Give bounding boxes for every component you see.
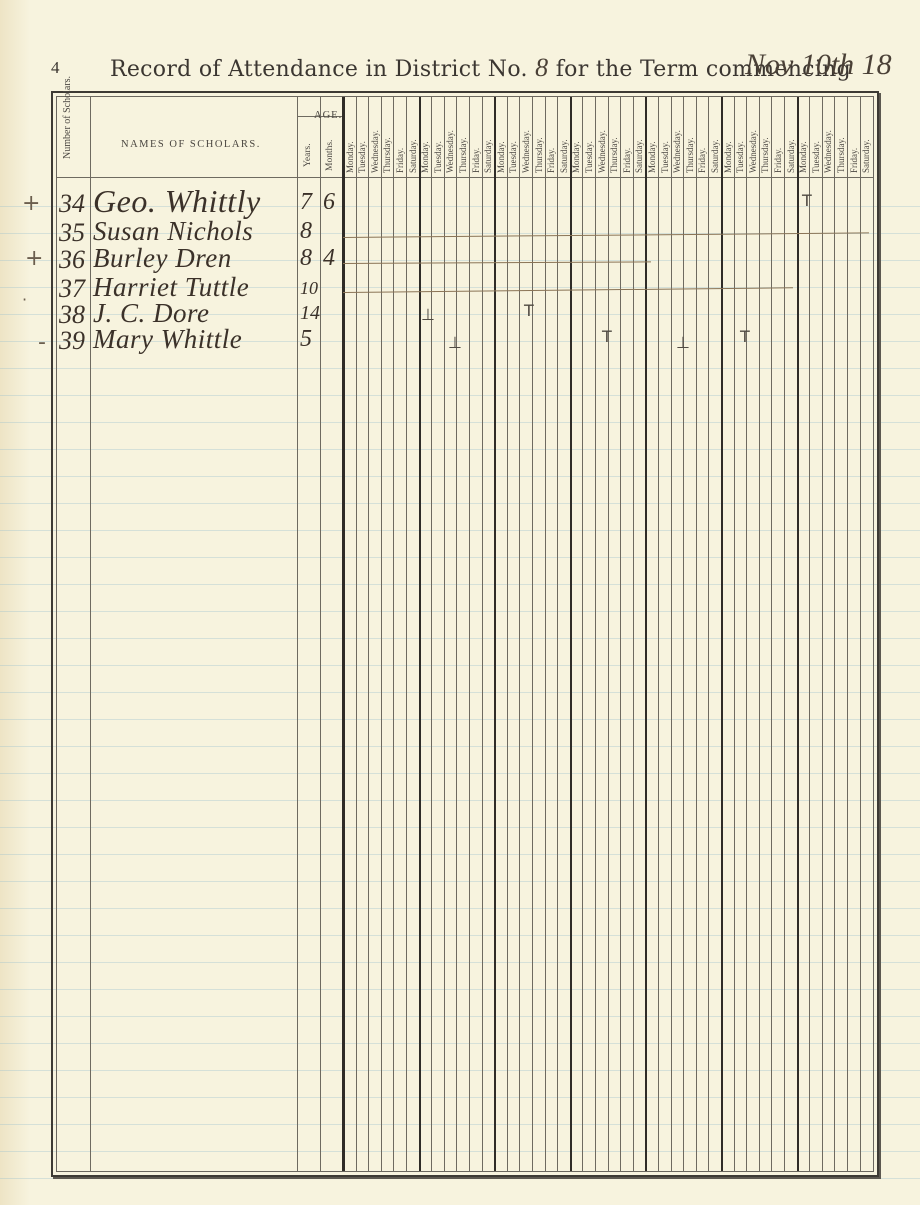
scholar-name: Geo. Whittly	[93, 183, 261, 220]
tally-mark: T	[602, 327, 612, 346]
day-header-thursday: Thursday.	[458, 137, 468, 173]
day-column-divider	[822, 97, 823, 1171]
tally-mark: ⊥	[448, 333, 462, 352]
day-header-saturday: Saturday.	[483, 139, 493, 173]
day-column-divider	[532, 97, 533, 1171]
day-column-divider	[456, 97, 457, 1171]
tally-mark: T	[524, 301, 534, 320]
age-years: 5	[300, 326, 312, 353]
tally-mark: T	[802, 191, 812, 210]
day-column-divider	[797, 97, 799, 1171]
day-header-thursday: Thursday.	[534, 137, 544, 173]
day-column-divider	[645, 97, 647, 1171]
months-header: Months.	[325, 140, 335, 171]
day-column-divider	[734, 97, 735, 1171]
scholar-number: 36	[59, 245, 85, 275]
day-header-tuesday: Tuesday.	[508, 141, 518, 173]
day-column-divider	[633, 97, 634, 1171]
day-header-friday: Friday.	[546, 148, 556, 173]
day-column-divider	[746, 97, 747, 1171]
day-column-divider	[444, 97, 445, 1171]
day-header-saturday: Saturday.	[786, 139, 796, 173]
day-header-monday: Monday.	[647, 141, 657, 173]
day-header-thursday: Thursday.	[836, 137, 846, 173]
day-column-divider	[771, 97, 772, 1171]
day-header-wednesday: Wednesday.	[823, 130, 833, 173]
district-number: 8	[535, 53, 548, 82]
day-header-tuesday: Tuesday.	[735, 141, 745, 173]
day-header-tuesday: Tuesday.	[433, 141, 443, 173]
margin-mark-36: +	[25, 246, 43, 271]
header-rule	[57, 177, 873, 178]
age-header: AGE.	[314, 110, 342, 121]
day-header-wednesday: Wednesday.	[748, 130, 758, 173]
day-column-divider	[721, 97, 723, 1171]
day-column-divider	[658, 97, 659, 1171]
tally-mark: ⊥	[421, 305, 435, 324]
day-column-divider	[671, 97, 672, 1171]
day-column-divider	[343, 97, 345, 1171]
day-column-divider	[482, 97, 483, 1171]
day-column-divider	[595, 97, 596, 1171]
page-title: Record of Attendance in District No. 8 f…	[110, 53, 851, 83]
names-header: NAMES OF SCHOLARS.	[121, 139, 261, 150]
day-header-saturday: Saturday.	[634, 139, 644, 173]
scholar-name: Burley Dren	[93, 243, 232, 274]
day-header-monday: Monday.	[571, 141, 581, 173]
years-header: Years.	[303, 143, 313, 167]
day-column-divider	[393, 97, 394, 1171]
day-column-divider	[834, 97, 835, 1171]
day-header-tuesday: Tuesday.	[584, 141, 594, 173]
day-column-divider	[557, 97, 558, 1171]
day-header-wednesday: Wednesday.	[597, 130, 607, 173]
day-header-saturday: Saturday.	[408, 139, 418, 173]
day-header-thursday: Thursday.	[382, 137, 392, 173]
term-date: Nov 10th 18	[745, 48, 892, 82]
scholar-number: 39	[59, 326, 85, 356]
attendance-table: Number of Scholars. NAMES OF SCHOLARS. A…	[51, 91, 879, 1177]
day-header-tuesday: Tuesday.	[660, 141, 670, 173]
day-column-divider	[708, 97, 709, 1171]
number-header: Number of Scholars.	[62, 76, 73, 159]
day-column-divider	[759, 97, 760, 1171]
day-column-divider	[419, 97, 421, 1171]
day-header-monday: Monday.	[345, 141, 355, 173]
day-column-divider	[431, 97, 432, 1171]
day-column-divider	[683, 97, 684, 1171]
day-column-divider	[356, 97, 357, 1171]
col-divider	[297, 97, 298, 1171]
day-column-divider	[519, 97, 520, 1171]
tally-mark: ⊥	[676, 333, 690, 352]
day-header-tuesday: Tuesday.	[811, 141, 821, 173]
day-header-friday: Friday.	[773, 148, 783, 173]
day-header-friday: Friday.	[697, 148, 707, 173]
page-header: 4 Record of Attendance in District No. 8…	[0, 50, 920, 90]
age-years: 14	[300, 302, 320, 325]
strike-line-37	[343, 287, 793, 293]
day-column-divider	[860, 97, 861, 1171]
day-header-wednesday: Wednesday.	[370, 130, 380, 173]
age-years: 8	[300, 245, 312, 272]
day-header-tuesday: Tuesday.	[357, 141, 367, 173]
day-header-thursday: Thursday.	[609, 137, 619, 173]
day-column-divider	[381, 97, 382, 1171]
day-header-saturday: Saturday.	[559, 139, 569, 173]
day-header-friday: Friday.	[622, 148, 632, 173]
day-header-wednesday: Wednesday.	[521, 130, 531, 173]
day-header-friday: Friday.	[471, 148, 481, 173]
day-header-wednesday: Wednesday.	[672, 130, 682, 173]
day-header-monday: Monday.	[723, 141, 733, 173]
day-column-divider	[507, 97, 508, 1171]
age-months: 6	[323, 189, 335, 216]
scholar-number: 35	[59, 218, 85, 248]
day-column-divider	[784, 97, 785, 1171]
day-header-monday: Monday.	[798, 141, 808, 173]
day-column-divider	[494, 97, 496, 1171]
age-years: 8	[300, 218, 312, 245]
day-column-divider	[847, 97, 848, 1171]
margin-mark-34: +	[22, 191, 40, 216]
day-header-friday: Friday.	[849, 148, 859, 173]
strike-line-36	[343, 261, 651, 264]
page-number: 4	[51, 58, 60, 78]
day-column-divider	[608, 97, 609, 1171]
day-header-saturday: Saturday.	[861, 139, 871, 173]
day-header-monday: Monday.	[496, 141, 506, 173]
margin-mark-39: -	[38, 330, 46, 355]
day-header-friday: Friday.	[395, 148, 405, 173]
title-part1: Record of Attendance in District No.	[110, 57, 528, 82]
age-months: 4	[323, 245, 335, 272]
col-divider	[90, 97, 91, 1171]
day-column-divider	[469, 97, 470, 1171]
day-column-divider	[570, 97, 572, 1171]
day-header-wednesday: Wednesday.	[445, 130, 455, 173]
day-header-monday: Monday.	[420, 141, 430, 173]
tally-mark: T	[740, 327, 750, 346]
day-column-divider	[545, 97, 546, 1171]
day-column-divider	[582, 97, 583, 1171]
strike-line-35	[343, 232, 869, 238]
col-divider	[320, 97, 321, 1171]
age-years: 10	[300, 278, 318, 299]
age-years: 7	[300, 189, 312, 216]
scholar-name: Mary Whittle	[93, 324, 242, 355]
day-header-saturday: Saturday.	[710, 139, 720, 173]
day-column-divider	[696, 97, 697, 1171]
day-column-divider	[406, 97, 407, 1171]
day-column-divider	[368, 97, 369, 1171]
day-column-divider	[620, 97, 621, 1171]
day-header-thursday: Thursday.	[760, 137, 770, 173]
scholar-number: 34	[59, 189, 85, 219]
day-header-thursday: Thursday.	[685, 137, 695, 173]
table-inner: Number of Scholars. NAMES OF SCHOLARS. A…	[56, 96, 874, 1172]
margin-mark-37: ·	[22, 290, 27, 309]
ledger-page: 4 Record of Attendance in District No. 8…	[0, 0, 920, 1205]
day-column-divider	[809, 97, 810, 1171]
